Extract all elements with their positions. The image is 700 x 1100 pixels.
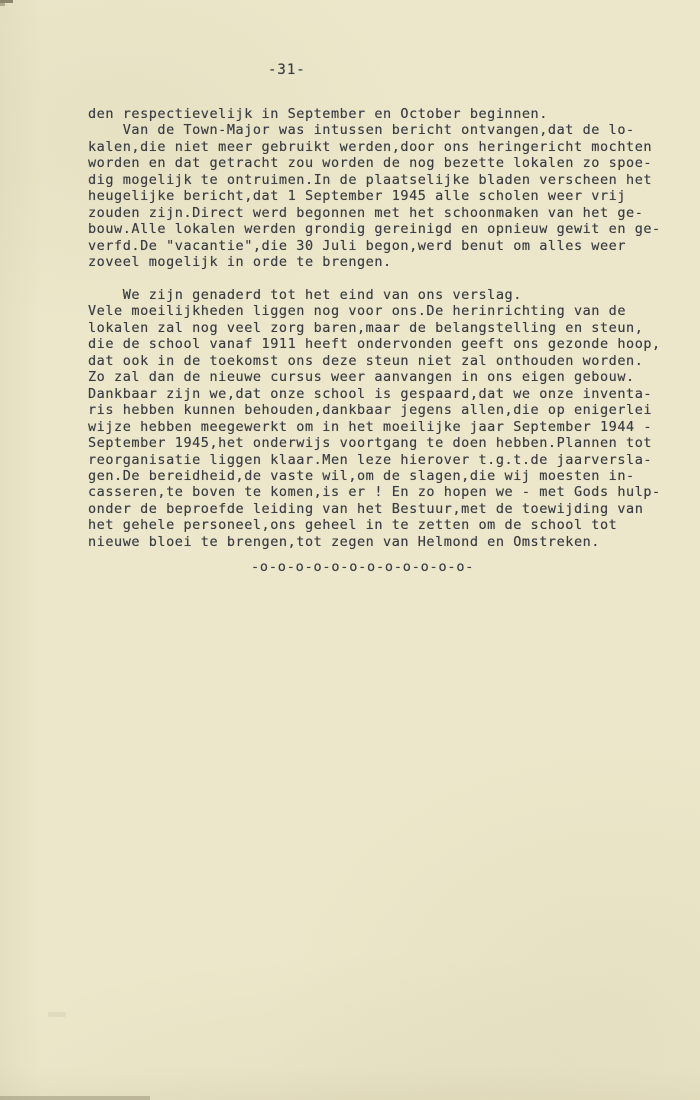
- text-line: Zo zal dan de nieuwe cursus weer aanvang…: [88, 369, 678, 385]
- text-line: Dankbaar zijn we,dat onze school is gesp…: [88, 386, 678, 402]
- text-line: ris hebben kunnen behouden,dankbaar jege…: [88, 402, 678, 418]
- text-line: zoveel mogelijk in orde te brengen.: [88, 254, 678, 270]
- scan-speck-top-left-2: [0, 3, 5, 6]
- text-line: September 1945,het onderwijs voortgang t…: [88, 435, 678, 451]
- text-line: We zijn genaderd tot het eind van ons ve…: [88, 287, 678, 303]
- text-line: zouden zijn.Direct werd begonnen met het…: [88, 205, 678, 221]
- text-line: nieuwe bloei te brengen,tot zegen van He…: [88, 534, 678, 550]
- blank-line: [88, 271, 678, 287]
- text-line: casseren,te boven te komen,is er ! En zo…: [88, 484, 678, 500]
- text-line: den respectievelijk in September en Octo…: [88, 106, 678, 122]
- text-line: kalen,die niet meer gebruikt werden,door…: [88, 139, 678, 155]
- scanned-document-page: -31- den respectievelijk in September en…: [0, 0, 700, 1100]
- text-line: lokalen zal nog veel zorg baren,maar de …: [88, 320, 678, 336]
- text-line: wijze hebben meegewerkt om in het moeili…: [88, 419, 678, 435]
- text-line: onder de beproefde leiding van het Bestu…: [88, 501, 678, 517]
- document-body: den respectievelijk in September en Octo…: [88, 106, 678, 576]
- text-line: bouw.Alle lokalen werden grondig gereini…: [88, 221, 678, 237]
- text-line: verfd.De "vacantie",die 30 Juli begon,we…: [88, 238, 678, 254]
- text-line: Vele moeilijkheden liggen nog voor ons.D…: [88, 303, 678, 319]
- scan-smudge: [48, 1012, 66, 1017]
- text-line: gen.De bereidheid,de vaste wil,om de sla…: [88, 468, 678, 484]
- text-line: heugelijke bericht,dat 1 September 1945 …: [88, 188, 678, 204]
- scan-edge-bottom-left: [0, 1096, 150, 1100]
- text-line: het gehele personeel,ons geheel in te ze…: [88, 517, 678, 533]
- text-line: Van de Town-Major was intussen bericht o…: [88, 122, 678, 138]
- text-line: worden en dat getracht zou worden de nog…: [88, 155, 678, 171]
- text-line: reorganisatie liggen klaar.Men leze hier…: [88, 452, 678, 468]
- text-line: die de school vanaf 1911 heeft ondervond…: [88, 336, 678, 352]
- text-line: dig mogelijk te ontruimen.In de plaatsel…: [88, 172, 678, 188]
- text-line: dat ook in de toekomst ons deze steun ni…: [88, 353, 678, 369]
- page-number: -31-: [268, 62, 306, 78]
- separator-line: -o-o-o-o-o-o-o-o-o-o-o-o-: [88, 559, 678, 575]
